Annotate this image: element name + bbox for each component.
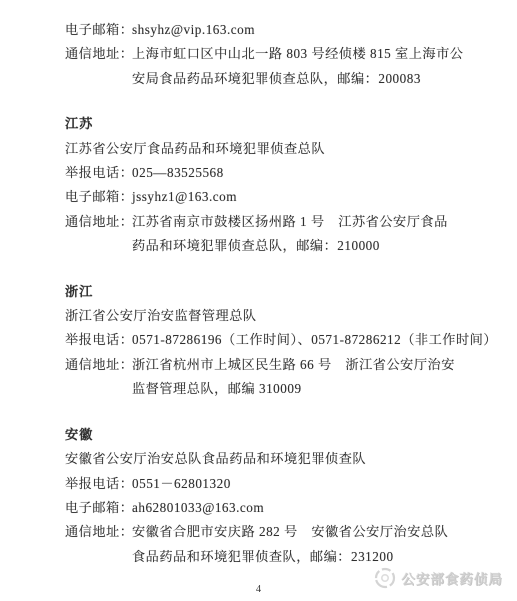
address-line-2: 食品药品和环境犯罪侦查队，邮编：231200 <box>132 545 448 569</box>
address-label: 通信地址： <box>65 520 132 569</box>
address-line-1: 安徽省合肥市安庆路 282 号 安徽省公安厅治安总队 <box>132 520 448 544</box>
phone-value: 0551－62801320 <box>132 472 231 496</box>
address-line-1: 江苏省南京市鼓楼区扬州路 1 号 江苏省公安厅食品 <box>132 210 448 234</box>
email-label: 电子邮箱： <box>65 18 132 42</box>
address-label: 通信地址： <box>65 42 132 91</box>
email-row: 电子邮箱： jssyhz1@163.com <box>65 185 481 209</box>
address-label: 通信地址： <box>65 353 132 402</box>
email-value: jssyhz1@163.com <box>132 185 237 209</box>
email-row: 电子邮箱： shsyhz@vip.163.com <box>65 18 481 42</box>
address-row: 通信地址： 上海市虹口区中山北一路 803 号经侦楼 815 室上海市公 安局食… <box>65 42 481 91</box>
address-value: 江苏省南京市鼓楼区扬州路 1 号 江苏省公安厅食品 药品和环境犯罪侦查总队，邮编… <box>132 210 448 259</box>
province-heading-zhejiang: 浙江 <box>65 280 481 304</box>
email-value: shsyhz@vip.163.com <box>132 18 255 42</box>
address-value: 浙江省杭州市上城区民生路 66 号 浙江省公安厅治安 监督管理总队，邮编 310… <box>132 353 455 402</box>
watermark: 公安部食药侦局 <box>374 567 504 589</box>
document-page: 电子邮箱： shsyhz@vip.163.com 通信地址： 上海市虹口区中山北… <box>0 0 517 601</box>
phone-value: 025—83525568 <box>132 161 224 185</box>
address-line-1: 浙江省杭州市上城区民生路 66 号 浙江省公安厅治安 <box>132 353 455 377</box>
unit-name: 安徽省公安厅治安总队食品药品和环境犯罪侦查队 <box>65 447 481 471</box>
phone-row: 举报电话： 0551－62801320 <box>65 472 481 496</box>
address-row: 通信地址： 浙江省杭州市上城区民生路 66 号 浙江省公安厅治安 监督管理总队，… <box>65 353 481 402</box>
address-line-1: 上海市虹口区中山北一路 803 号经侦楼 815 室上海市公 <box>132 42 464 66</box>
address-line-2: 监督管理总队，邮编 310009 <box>132 377 455 401</box>
email-label: 电子邮箱： <box>65 496 132 520</box>
page-content: 电子邮箱： shsyhz@vip.163.com 通信地址： 上海市虹口区中山北… <box>0 0 517 569</box>
phone-row: 举报电话： 025—83525568 <box>65 161 481 185</box>
address-row: 通信地址： 江苏省南京市鼓楼区扬州路 1 号 江苏省公安厅食品 药品和环境犯罪侦… <box>65 210 481 259</box>
official-account-badge-icon <box>374 567 396 589</box>
email-row: 电子邮箱： ah62801033@163.com <box>65 496 481 520</box>
phone-label: 举报电话： <box>65 472 132 496</box>
phone-label: 举报电话： <box>65 328 132 352</box>
phone-row: 举报电话： 0571-87286196（工作时间）、0571-87286212（… <box>65 328 481 352</box>
province-heading-anhui: 安徽 <box>65 423 481 447</box>
address-line-2: 药品和环境犯罪侦查总队，邮编：210000 <box>132 234 448 258</box>
watermark-text: 公安部食药侦局 <box>402 568 504 588</box>
unit-name: 江苏省公安厅食品药品和环境犯罪侦查总队 <box>65 137 481 161</box>
address-label: 通信地址： <box>65 210 132 259</box>
unit-name: 浙江省公安厅治安监督管理总队 <box>65 304 481 328</box>
email-value: ah62801033@163.com <box>132 496 264 520</box>
province-heading-jiangsu: 江苏 <box>65 112 481 136</box>
address-row: 通信地址： 安徽省合肥市安庆路 282 号 安徽省公安厅治安总队 食品药品和环境… <box>65 520 481 569</box>
address-value: 安徽省合肥市安庆路 282 号 安徽省公安厅治安总队 食品药品和环境犯罪侦查队，… <box>132 520 448 569</box>
phone-value: 0571-87286196（工作时间）、0571-87286212（非工作时间） <box>132 328 497 352</box>
address-line-2: 安局食品药品环境犯罪侦查总队，邮编：200083 <box>132 67 464 91</box>
phone-label: 举报电话： <box>65 161 132 185</box>
email-label: 电子邮箱： <box>65 185 132 209</box>
address-value: 上海市虹口区中山北一路 803 号经侦楼 815 室上海市公 安局食品药品环境犯… <box>132 42 464 91</box>
